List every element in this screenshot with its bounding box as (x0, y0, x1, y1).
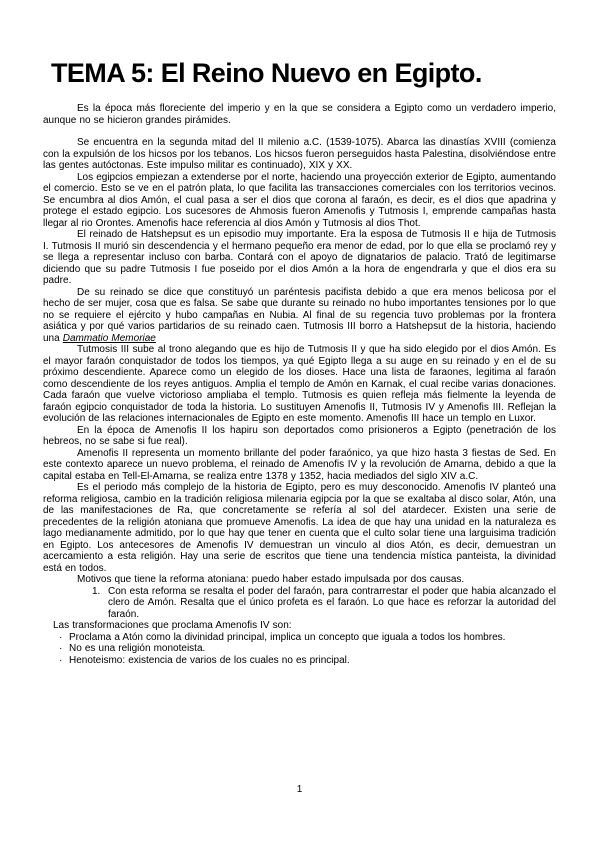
bullet-text: No es una religión monoteista. (69, 643, 205, 654)
page-number: 1 (0, 784, 599, 796)
numbered-list-item: 1.Con esta reforma se resalta el poder d… (43, 586, 556, 621)
bullet-dot: · (59, 632, 69, 644)
paragraph-hapiru: En la época de Amenofis II los hapiru so… (43, 425, 556, 448)
paragraph-amenofis2: Amenofis II representa un momento brilla… (43, 448, 556, 483)
numbered-item-text: Con esta reforma se resalta el poder del… (108, 586, 556, 620)
bullet-item-henoteismo: ·Henoteismo: existencia de varios de los… (43, 655, 556, 667)
document-body: TEMA 5: El Reino Nuevo en Egipto. Es la … (43, 0, 556, 666)
document-page: TEMA 5: El Reino Nuevo en Egipto. Es la … (0, 0, 599, 848)
paragraph-amarna: Es el periodo más complejo de la histori… (43, 482, 556, 574)
page-title: TEMA 5: El Reino Nuevo en Egipto. (51, 58, 556, 89)
paragraph-tutmosis3: Tutmosis III sube al trono alegando que … (43, 344, 556, 425)
bullet-item-proclama: ·Proclama a Atón como la divinidad princ… (43, 632, 556, 644)
bullet-text: Henoteismo: existencia de varios de los … (69, 655, 350, 666)
bullet-dot: · (59, 643, 69, 655)
bullet-dot: · (59, 655, 69, 667)
bullet-text: Proclama a Atón como la divinidad princi… (69, 632, 505, 643)
paragraph-hatshepsut: El reinado de Hatshepsut es un episodio … (43, 229, 556, 287)
paragraph-transformaciones-intro: Las transformaciones que proclama Amenof… (43, 620, 556, 632)
bullet-item-monoteista: ·No es una religión monoteista. (43, 643, 556, 655)
paragraph-expansion: Los egipcios empiezan a extenderse por e… (43, 172, 556, 230)
numbered-item-marker: 1. (92, 586, 108, 598)
paragraph-motivos: Motivos que tiene la reforma atoniana: p… (43, 574, 556, 586)
paragraph-reinado-damnatio: De su reinado se dice que constituyó un … (43, 287, 556, 345)
paragraph-dinastias: Se encuentra en la segunda mitad del II … (43, 137, 556, 172)
paragraph-intro: Es la época más floreciente del imperio … (43, 103, 556, 126)
damnatio-memoriae-term: Dammatio Memoriae (63, 333, 156, 344)
